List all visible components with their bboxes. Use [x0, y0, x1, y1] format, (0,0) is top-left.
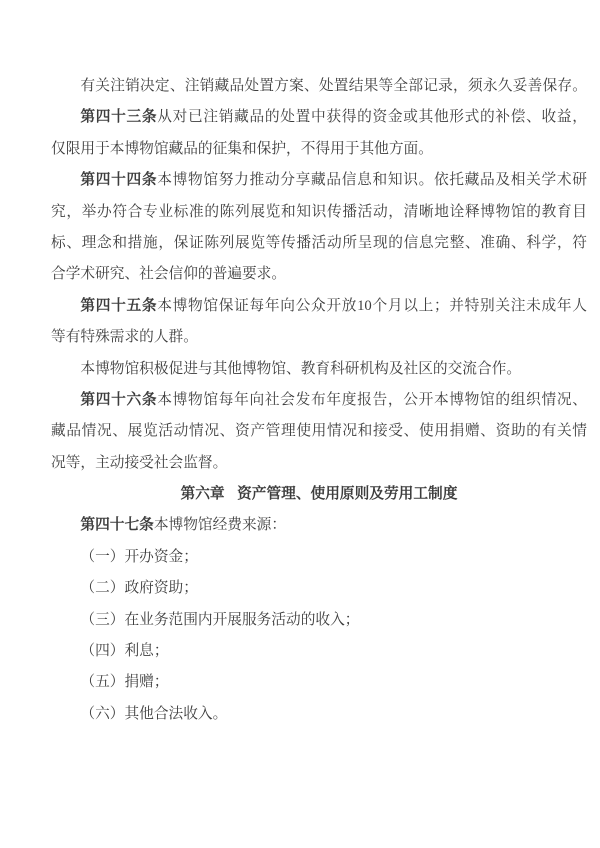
funding-source-item-6: （六）其他合法收入。: [51, 699, 587, 730]
article-47-line-1: 第四十七条本博物馆经费来源：: [51, 510, 587, 541]
article-44-line-3: 标、理念和措施，保证陈列展览等传播活动所呈现的信息完整、准确、科学，符: [51, 228, 587, 259]
chapter-6-heading: 第六章资产管理、使用原则及劳用工制度: [51, 479, 587, 510]
article-47-number: 第四十七条: [80, 517, 153, 533]
chapter-number: 第六章: [181, 486, 225, 502]
document-body: 有关注销决定、注销藏品处置方案、处置结果等全部记录，须永久妥善保存。 第四十三条…: [0, 0, 600, 730]
article-45-line-2: 等有特殊需求的人群。: [51, 322, 587, 353]
article-43-line-2: 仅限用于本博物馆藏品的征集和保护，不得用于其他方面。: [51, 134, 587, 165]
article-44-line-1: 第四十四条本博物馆努力推动分享藏品信息和知识。依托藏品及相关学术研: [51, 165, 587, 196]
article-45-text-1: 本博物馆保证每年向公众开放10个月以上；并特别关注未成年人: [157, 298, 587, 314]
article-43-line-1: 第四十三条从对已注销藏品的处置中获得的资金或其他形式的补偿、收益，: [51, 102, 587, 133]
article-46-line-3: 况等，主动接受社会监督。: [51, 448, 587, 479]
funding-source-item-2: （二）政府资助；: [51, 573, 587, 604]
article-45-line-1: 第四十五条本博物馆保证每年向公众开放10个月以上；并特别关注未成年人: [51, 291, 587, 322]
article-44-number: 第四十四条: [80, 172, 157, 188]
article-47-text-1: 本博物馆经费来源：: [154, 517, 286, 533]
funding-source-item-1: （一）开办资金；: [51, 542, 587, 573]
paragraph-records-retention: 有关注销决定、注销藏品处置方案、处置结果等全部记录，须永久妥善保存。: [51, 71, 587, 102]
funding-source-item-4: （四）利息；: [51, 636, 587, 667]
article-44-text-1: 本博物馆努力推动分享藏品信息和知识。依托藏品及相关学术研: [157, 172, 587, 188]
chapter-title: 资产管理、使用原则及劳用工制度: [237, 486, 457, 502]
document-page: 有关注销决定、注销藏品处置方案、处置结果等全部记录，须永久妥善保存。 第四十三条…: [0, 0, 600, 848]
article-44-line-4: 合学术研究、社会信仰的普遍要求。: [51, 259, 587, 290]
article-43-number: 第四十三条: [80, 109, 157, 125]
paragraph-cooperation: 本博物馆积极促进与其他博物馆、教育科研机构及社区的交流合作。: [51, 354, 587, 385]
funding-source-item-5: （五）捐赠；: [51, 667, 587, 698]
funding-source-item-3: （三）在业务范围内开展服务活动的收入；: [51, 605, 587, 636]
article-44-line-2: 究，举办符合专业标准的陈列展览和知识传播活动，清晰地诠释博物馆的教育目: [51, 197, 587, 228]
article-43-text-1: 从对已注销藏品的处置中获得的资金或其他形式的补偿、收益，: [157, 109, 587, 125]
article-45-number: 第四十五条: [80, 298, 157, 314]
article-46-line-2: 藏品情况、展览活动情况、资产管理使用情况和接受、使用捐赠、资助的有关情: [51, 416, 587, 447]
article-46-text-1: 本博物馆每年向社会发布年度报告，公开本博物馆的组织情况、: [157, 392, 587, 408]
article-46-number: 第四十六条: [80, 392, 157, 408]
article-46-line-1: 第四十六条本博物馆每年向社会发布年度报告，公开本博物馆的组织情况、: [51, 385, 587, 416]
